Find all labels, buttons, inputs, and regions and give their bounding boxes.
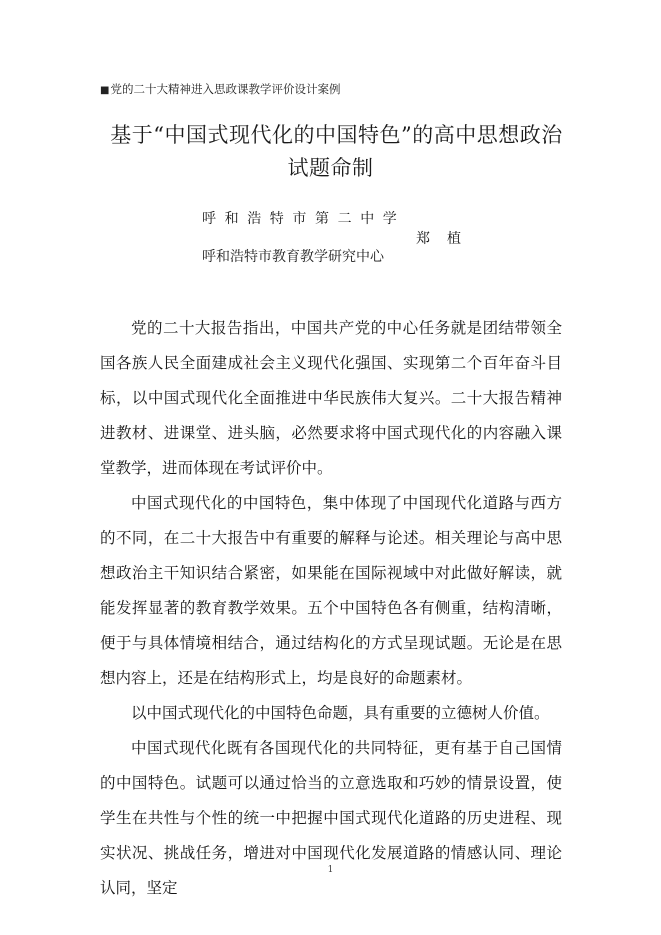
paragraph: 党的二十大报告指出，中国共产党的中心任务就是团结带领全国各族人民全面建成社会主义… xyxy=(100,311,562,486)
article-body: 党的二十大报告指出，中国共产党的中心任务就是团结带领全国各族人民全面建成社会主义… xyxy=(100,311,562,906)
article-title-line-2: 试题命制 xyxy=(0,152,661,182)
author-name: 郑植 xyxy=(416,228,478,248)
paragraph: 以中国式现代化的中国特色命题，具有重要的立德树人价值。 xyxy=(100,696,562,731)
affiliation-research-center: 呼和浩特市教育教学研究中心 xyxy=(202,246,384,266)
paragraph: 中国式现代化既有各国现代化的共同特征，更有基于自己国情的中国特色。试题可以通过恰… xyxy=(100,731,562,906)
square-marker-icon: ■ xyxy=(100,85,109,96)
column-label: 党的二十大精神进入思政课教学评价设计案例 xyxy=(110,82,340,96)
article-title-line-1: 基于“中国式现代化的中国特色”的高中思想政治 xyxy=(6,119,661,149)
column-header: ■党的二十大精神进入思政课教学评价设计案例 xyxy=(100,81,340,97)
affiliation-school: 呼和浩特市第二中学 xyxy=(202,208,405,228)
page-number: 1 xyxy=(0,865,661,875)
paragraph: 中国式现代化的中国特色，集中体现了中国现代化道路与西方的不同，在二十大报告中有重… xyxy=(100,486,562,696)
